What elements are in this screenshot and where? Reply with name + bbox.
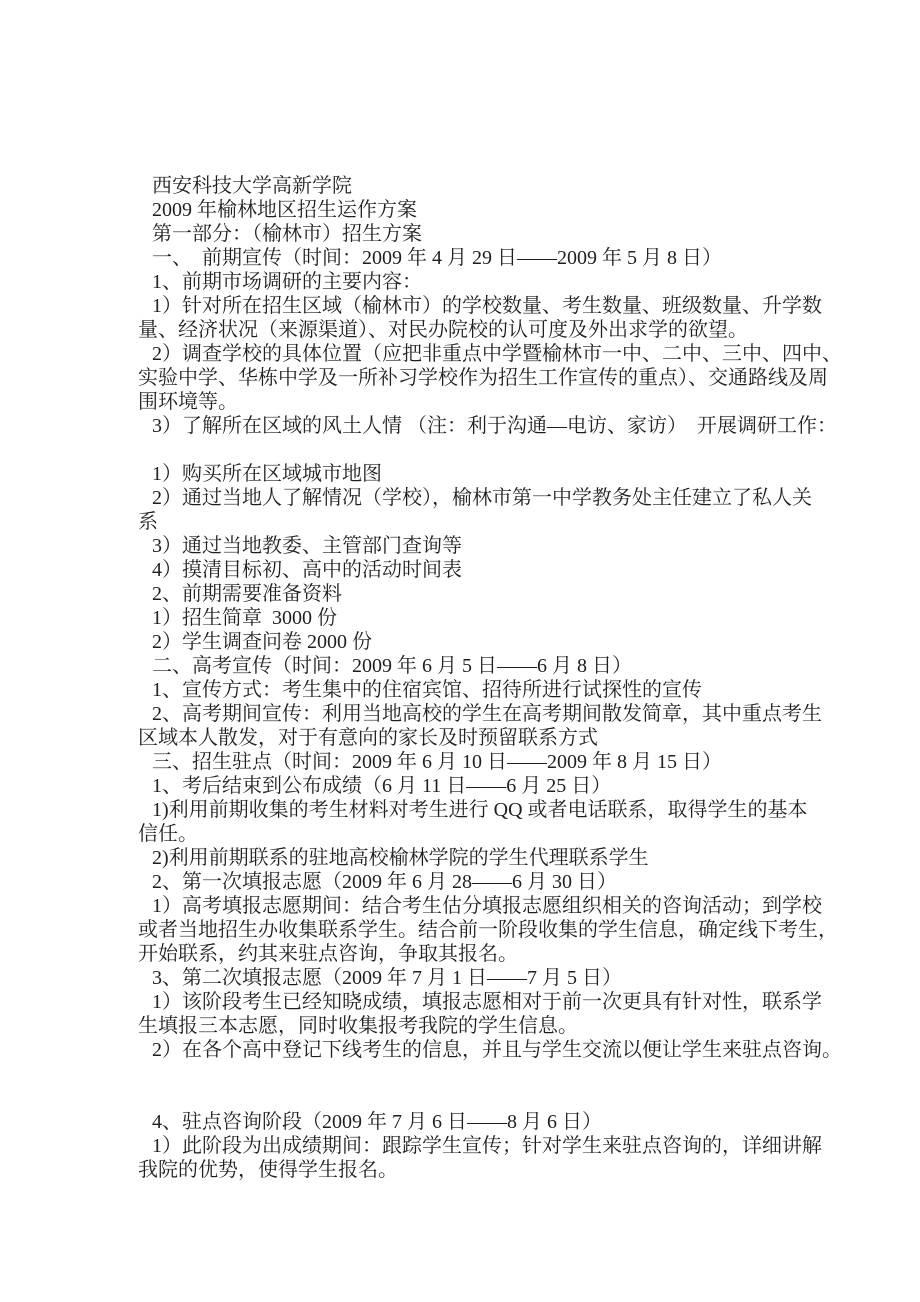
text-line: 我院的优势，使得学生报名。 xyxy=(138,1158,838,1182)
text-line: 2、前期需要准备资料 xyxy=(138,582,838,606)
text-line: 围环境等。 xyxy=(138,390,838,414)
text-line: 3）通过当地教委、主管部门查询等 xyxy=(138,534,838,558)
text-line: 2)利用前期联系的驻地高校榆林学院的学生代理联系学生 xyxy=(138,846,838,870)
text-line: 1）针对所在招生区域（榆林市）的学校数量、考生数量、班级数量、升学数 xyxy=(138,294,838,318)
text-line: 1）招生简章 3000 份 xyxy=(138,606,838,630)
text-line: 开始联系，约其来驻点咨询，争取其报名。 xyxy=(138,942,838,966)
blank-line xyxy=(138,438,838,462)
text-line: 1）购买所在区域城市地图 xyxy=(138,462,838,486)
text-line: 3）了解所在区域的风土人情 （注：利于沟通—电访、家访） 开展调研工作： xyxy=(138,414,838,438)
text-line: 区域本人散发，对于有意向的家长及时预留联系方式 xyxy=(138,726,838,750)
text-line: 2、高考期间宣传：利用当地高校的学生在高考期间散发简章，其中重点考生 xyxy=(138,702,838,726)
text-line: 或者当地招生办收集联系学生。结合前一阶段收集的学生信息，确定线下考生， xyxy=(138,918,838,942)
blank-line xyxy=(138,1062,838,1086)
text-line: 信任。 xyxy=(138,822,838,846)
text-line: 一、 前期宣传（时间：2009 年 4 月 29 日——2009 年 5 月 8… xyxy=(138,246,838,270)
text-line: 实验中学、华栋中学及一所补习学校作为招生工作宣传的重点）、交通路线及周 xyxy=(138,366,838,390)
text-line: 4、驻点咨询阶段（2009 年 7 月 6 日——8 月 6 日） xyxy=(138,1110,838,1134)
text-line: 4）摸清目标初、高中的活动时间表 xyxy=(138,558,838,582)
text-line: 第一部分：（榆林市）招生方案 xyxy=(138,222,838,246)
text-line: 1）高考填报志愿期间：结合考生估分填报志愿组织相关的咨询活动；到学校 xyxy=(138,894,838,918)
text-line: 2、第一次填报志愿（2009 年 6 月 28——6 月 30 日） xyxy=(138,870,838,894)
text-line: 二、高考宣传（时间：2009 年 6 月 5 日——6 月 8 日） xyxy=(138,654,838,678)
text-line: 生填报三本志愿，同时收集报考我院的学生信息。 xyxy=(138,1014,838,1038)
text-line: 3、第二次填报志愿（2009 年 7 月 1 日——7 月 5 日） xyxy=(138,966,838,990)
text-line: 系 xyxy=(138,510,838,534)
text-line: 西安科技大学高新学院 xyxy=(138,174,838,198)
text-line: 1）此阶段为出成绩期间：跟踪学生宣传；针对学生来驻点咨询的，详细讲解 xyxy=(138,1134,838,1158)
text-line: 1、宣传方式：考生集中的住宿宾馆、招待所进行试探性的宣传 xyxy=(138,678,838,702)
text-line: 2009 年榆林地区招生运作方案 xyxy=(138,198,838,222)
text-line: 1、考后结束到公布成绩（6 月 11 日——6 月 25 日） xyxy=(138,774,838,798)
text-line: 1）该阶段考生已经知晓成绩，填报志愿相对于前一次更具有针对性，联系学 xyxy=(138,990,838,1014)
text-line: 2）通过当地人了解情况（学校），榆林市第一中学教务处主任建立了私人关 xyxy=(138,486,838,510)
text-line: 2）在各个高中登记下线考生的信息，并且与学生交流以便让学生来驻点咨询。 xyxy=(138,1038,838,1062)
text-line: 量、经济状况（来源渠道）、对民办院校的认可度及外出求学的欲望。 xyxy=(138,318,838,342)
document-page: 西安科技大学高新学院2009 年榆林地区招生运作方案第一部分：（榆林市）招生方案… xyxy=(0,0,920,1302)
text-line: 1、前期市场调研的主要内容： xyxy=(138,270,838,294)
blank-line xyxy=(138,1086,838,1110)
document-body: 西安科技大学高新学院2009 年榆林地区招生运作方案第一部分：（榆林市）招生方案… xyxy=(138,174,838,1182)
text-line: 2）调查学校的具体位置（应把非重点中学暨榆林市一中、二中、三中、四中、 xyxy=(138,342,838,366)
text-line: 2）学生调查问卷 2000 份 xyxy=(138,630,838,654)
text-line: 1)利用前期收集的考生材料对考生进行 QQ 或者电话联系，取得学生的基本 xyxy=(138,798,838,822)
text-line: 三、招生驻点（时间：2009 年 6 月 10 日——2009 年 8 月 15… xyxy=(138,750,838,774)
